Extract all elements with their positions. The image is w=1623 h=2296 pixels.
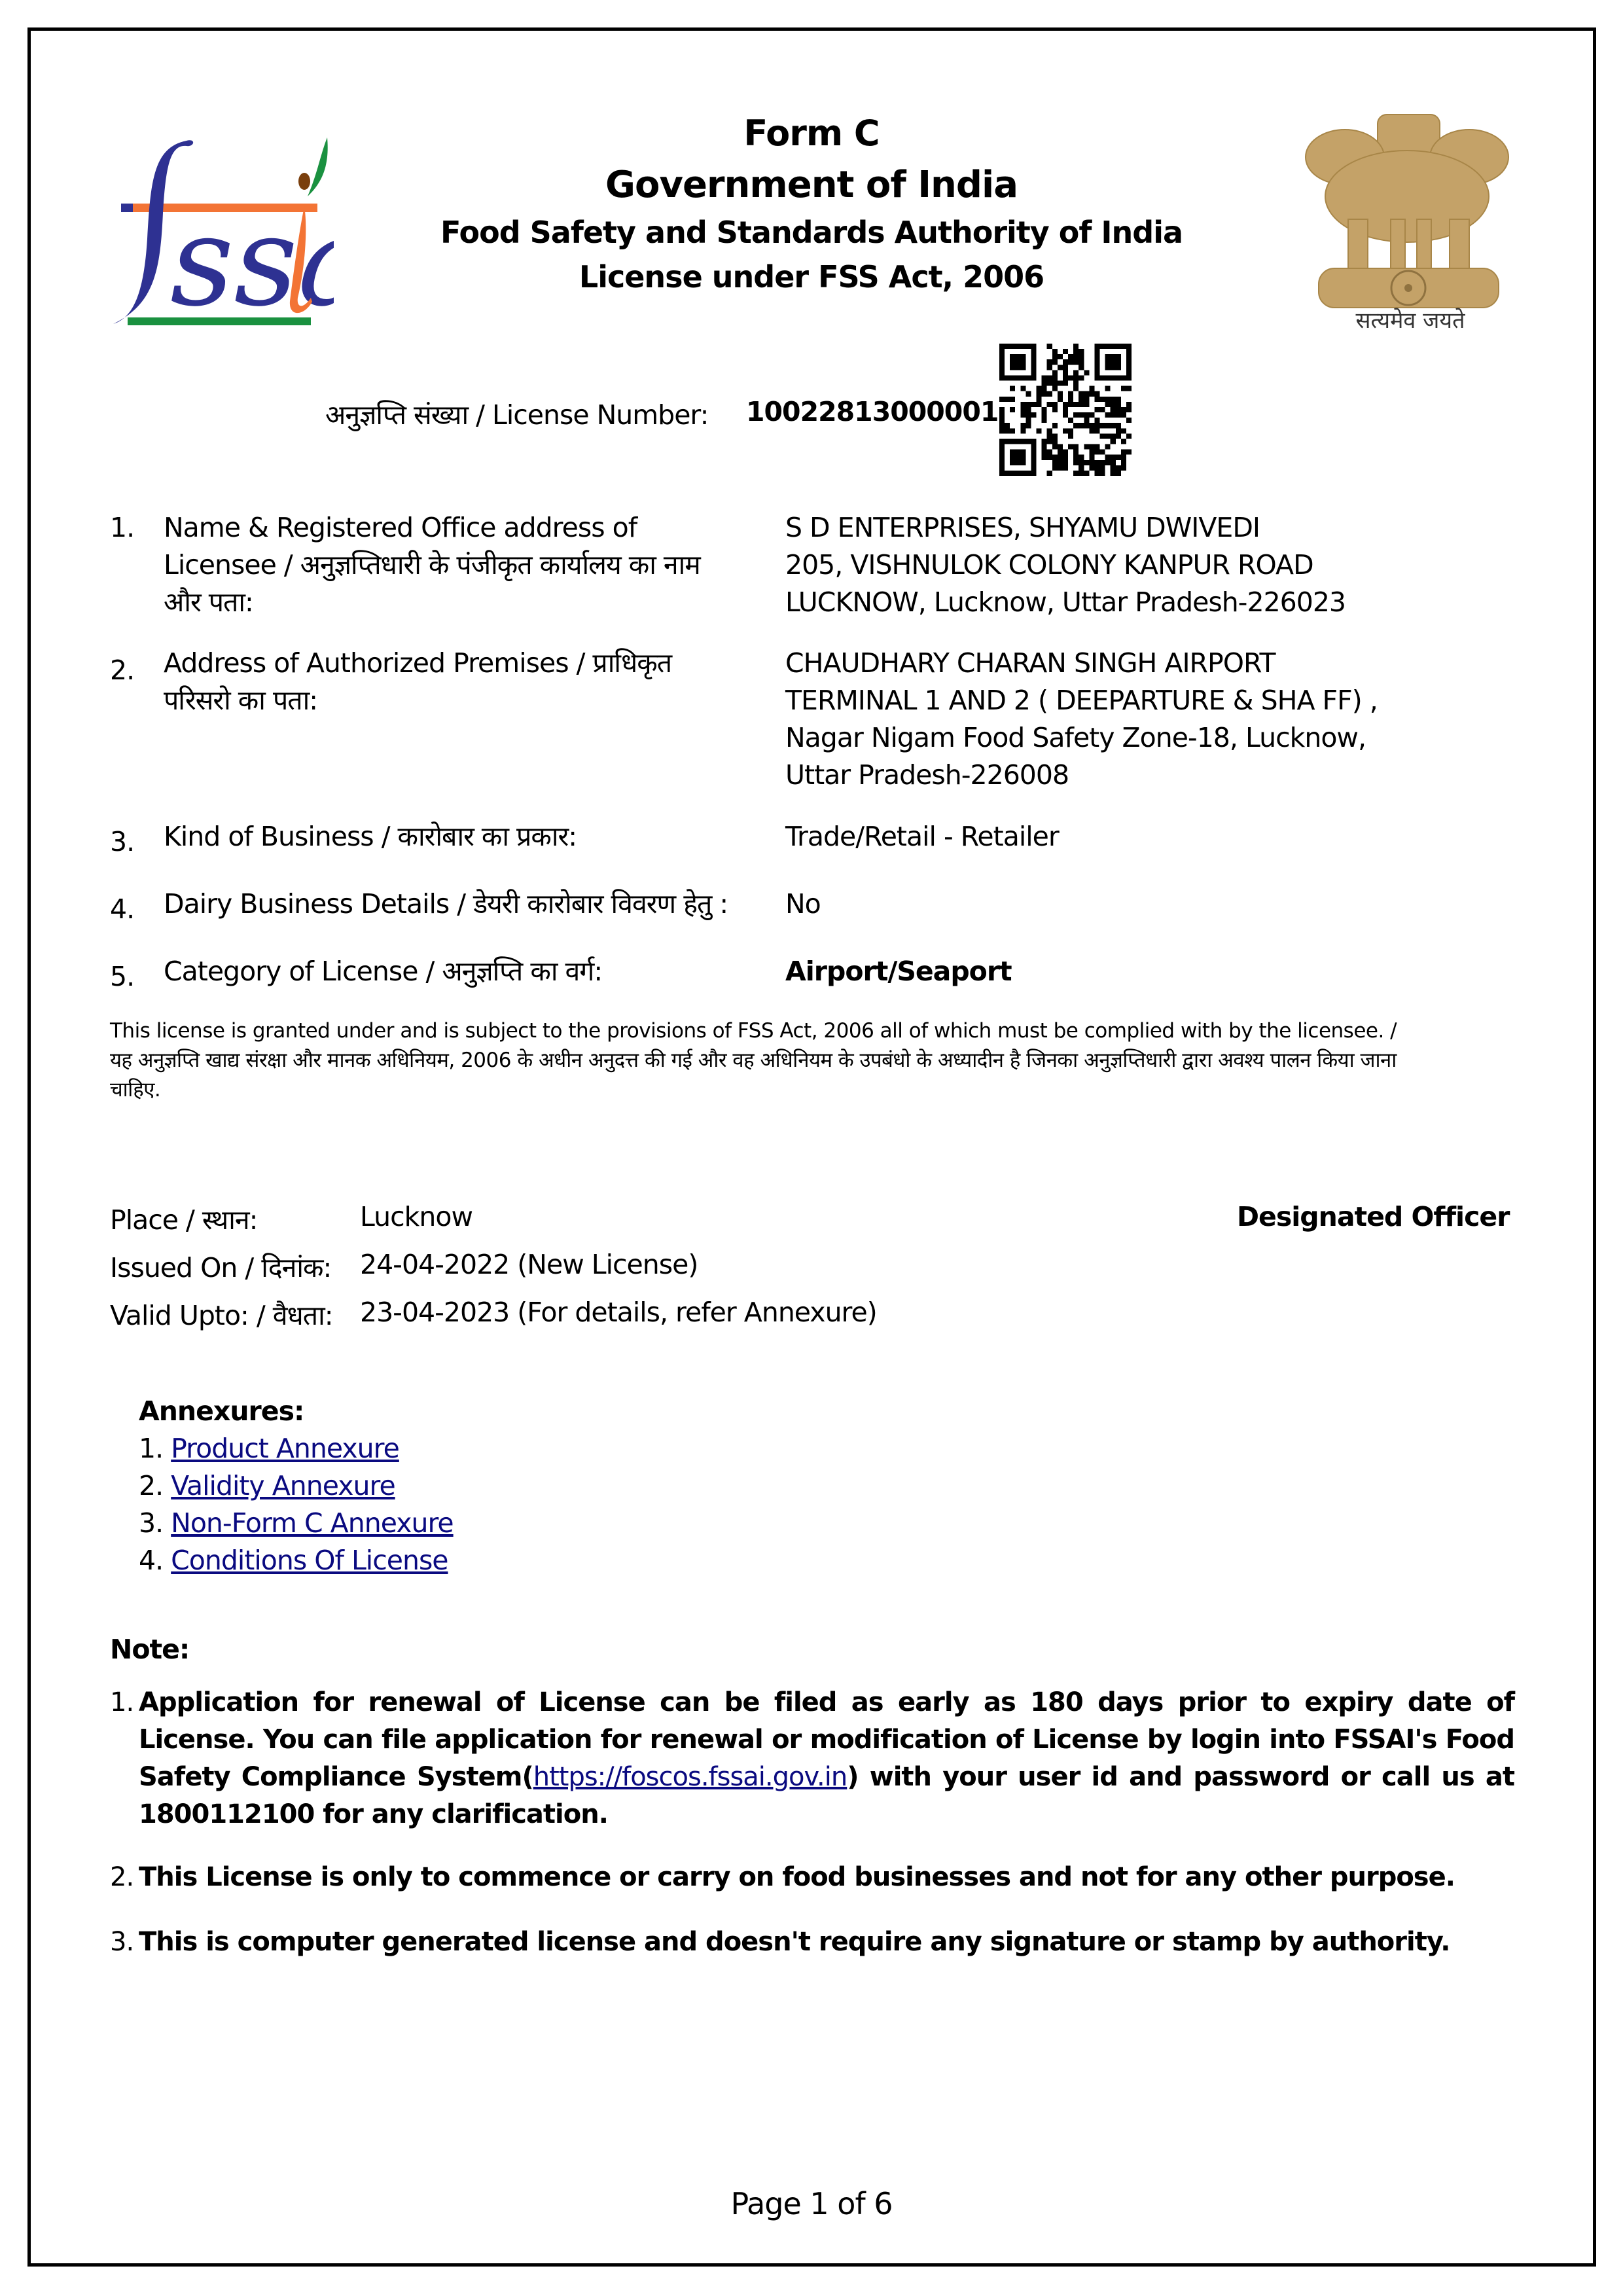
item-5-value: Airport/Seaport: [785, 953, 1440, 990]
place-value: Lucknow: [360, 1201, 473, 1232]
item-2-label: Address of Authorized Premises / प्राधिक…: [164, 645, 740, 719]
annexure-item: 2. Validity Annexure: [139, 1467, 395, 1505]
annexure-item: 1. Product Annexure: [139, 1430, 399, 1467]
valid-value: 23-04-2023 (For details, refer Annexure): [360, 1297, 877, 1328]
item-3-value: Trade/Retail - Retailer: [785, 818, 1440, 855]
place-label: Place / स्थान:: [110, 1201, 257, 1238]
valid-label: Valid Upto: / वैधता:: [110, 1297, 333, 1333]
item-4-value: No: [785, 886, 1440, 923]
item-5-number: 5.: [110, 958, 134, 996]
item-4-number: 4.: [110, 891, 134, 928]
issued-label: Issued On / दिनांक:: [110, 1249, 331, 1285]
validity-annexure-link[interactable]: Validity Annexure: [171, 1470, 395, 1501]
foscos-link[interactable]: https://foscos.fssai.gov.in: [533, 1762, 847, 1792]
item-3-number: 3.: [110, 823, 134, 861]
item-5-label: Category of License / अनुज्ञप्ति का वर्ग…: [164, 953, 740, 990]
item-2-number: 2.: [110, 652, 134, 689]
item-2-value: CHAUDHARY CHARAN SINGH AIRPORT TERMINAL …: [785, 645, 1440, 794]
qr-code: [999, 344, 1132, 476]
item-4-label: Dairy Business Details / डेयरी कारोबार व…: [164, 886, 766, 923]
note-2: 2.This License is only to commence or ca…: [110, 1859, 1514, 1896]
national-emblem: सत्यमेव जयते: [1293, 108, 1518, 334]
conditions-of-license-link[interactable]: Conditions Of License: [171, 1545, 448, 1576]
note-title: Note:: [110, 1634, 189, 1665]
non-form-c-annexure-link[interactable]: Non-Form C Annexure: [171, 1507, 453, 1539]
item-3-label: Kind of Business / कारोबार का प्रकार:: [164, 818, 740, 855]
item-1-number: 1.: [110, 509, 134, 547]
emblem-motto: सत्यमेव जयते: [1319, 304, 1502, 334]
item-1-label: Name & Registered Office address of Lice…: [164, 509, 740, 621]
product-annexure-link[interactable]: Product Annexure: [171, 1433, 399, 1464]
issued-value: 24-04-2022 (New License): [360, 1249, 698, 1280]
disclaimer: This license is granted under and is sub…: [110, 1016, 1419, 1105]
note-1: 1. Application for renewal of License ca…: [110, 1684, 1514, 1833]
designated-officer: Designated Officer: [1237, 1201, 1509, 1232]
license-number: 10022813000001: [746, 396, 998, 427]
annexure-item: 3. Non-Form C Annexure: [139, 1505, 454, 1542]
annexures-title: Annexures:: [139, 1393, 304, 1430]
annexure-item: 4. Conditions Of License: [139, 1542, 448, 1579]
page-number: Page 1 of 6: [0, 2186, 1623, 2221]
item-1-value: S D ENTERPRISES, SHYAMU DWIVEDI 205, VIS…: [785, 509, 1440, 621]
license-number-label: अनुज्ञप्ति संख्या / License Number:: [325, 396, 708, 433]
note-3: 3.This is computer generated license and…: [110, 1924, 1514, 1961]
